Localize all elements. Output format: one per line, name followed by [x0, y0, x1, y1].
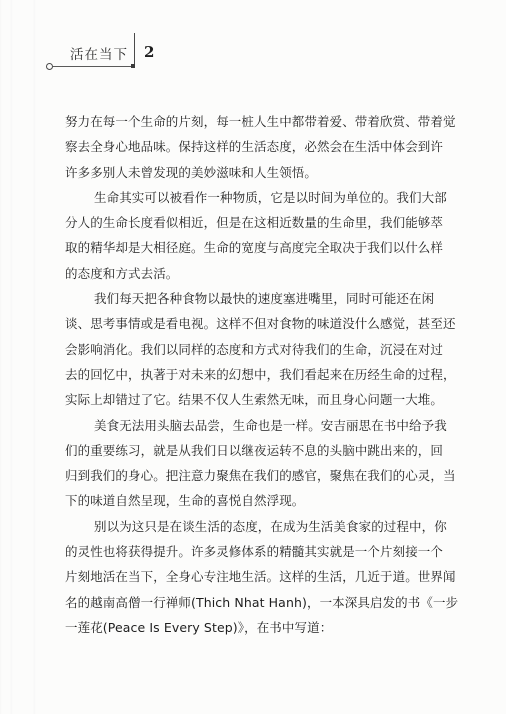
text-line: 一莲花(Peace Is Every Step)》，在书中写道：: [65, 615, 457, 640]
page-number: 2: [144, 43, 154, 61]
header-horizontal-rule: [53, 66, 134, 67]
text-line: 的灵性也将获得提升。许多灵修体系的精髓其实就是一个片刻接一个: [65, 539, 457, 564]
text-line: 的态度和方式去活。: [65, 261, 457, 286]
text-line: 们的重要练习，就是从我们日以继夜运转不息的头脑中跳出来的，回: [65, 438, 457, 463]
text-line: 去的回忆中，执著于对未来的幻想中，我们看起来在历经生命的过程，: [65, 362, 457, 387]
text-line: 实际上却错过了它。结果不仅人生索然无味，而且身心问题一大堆。: [65, 387, 457, 412]
text-line: 取的精华却是大相径庭。生命的宽度与高度完全取决于我们以什么样: [65, 235, 457, 260]
text-line: 生命其实可以被看作一种物质，它是以时间为单位的。我们大部: [65, 185, 457, 210]
text-line: 下的味道自然呈现，生命的喜悦自然浮现。: [65, 488, 457, 513]
text-line: 名的越南高僧一行禅师(Thich Nhat Hanh)，一本深具启发的书《一步: [65, 590, 457, 615]
header-dot-ornament: [131, 64, 135, 68]
text-line: 察去全身心地品味。保持这样的生活态度，必然会在生活中体会到许: [65, 134, 457, 159]
text-line: 归到我们的身心。把注意力聚焦在我们的感官，聚焦在我们的心灵，当: [65, 463, 457, 488]
header-circle-ornament: [46, 63, 53, 70]
text-line: 分人的生命长度看似相近，但是在这相近数量的生命里，我们能够萃: [65, 210, 457, 235]
text-line: 别以为这只是在谈生活的态度，在成为生活美食家的过程中，你: [65, 514, 457, 539]
text-line: 片刻地活在当下，全身心专注地生活。这样的生活，几近于道。世界闻: [65, 564, 457, 589]
text-line: 我们每天把各种食物以最快的速度塞进嘴里，同时可能还在闲: [65, 286, 457, 311]
text-line: 努力在每一个生命的片刻，每一桩人生中都带着爱、带着欣赏、带着觉: [65, 109, 457, 134]
text-line: 许多多别人未曾发现的美妙滋味和人生领悟。: [65, 160, 457, 185]
header-vertical-rule: [134, 33, 135, 67]
text-line: 谈、思考事情或是看电视。这样不但对食物的味道没什么感觉，甚至还: [65, 311, 457, 336]
book-page: 活在当下 2 努力在每一个生命的片刻，每一桩人生中都带着爱、带着欣赏、带着觉察去…: [0, 0, 506, 714]
scan-artifact: [0, 0, 42, 714]
running-head-title: 活在当下: [70, 43, 128, 63]
text-line: 会影响消化。我们以同样的态度和方式对待我们的生命，沉浸在对过: [65, 337, 457, 362]
body-text: 努力在每一个生命的片刻，每一桩人生中都带着爱、带着欣赏、带着觉察去全身心地品味。…: [65, 109, 457, 640]
text-line: 美食无法用头脑去品尝，生命也是一样。安吉丽思在书中给予我: [65, 413, 457, 438]
